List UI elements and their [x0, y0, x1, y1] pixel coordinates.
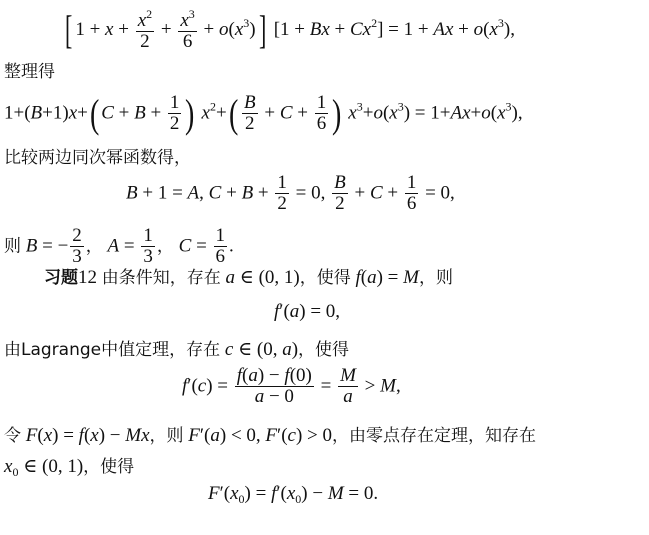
exercise-label: 习题	[44, 268, 78, 288]
x0-line: x0 ∈ (0, 1)，使得	[4, 457, 134, 478]
text-compare: 比较两边同次幂函数得，	[4, 150, 191, 167]
lagrange-line: 由Lagrange中值定理，存在 c ∈ (0, a)，使得	[4, 340, 349, 359]
exercise-12-line: 习题12 由条件知，存在 a ∈ (0, 1)，使得 f(a) = M，则	[44, 268, 453, 287]
equation-4: f′(a) = 0,	[274, 302, 340, 321]
text-rearrange: 整理得	[4, 64, 55, 81]
result-line: 则 B = −23， A = 13， C = 16.	[4, 226, 234, 268]
equation-3: B + 1 = A, C + B + 12 = 0, B2 + C + 16 =…	[126, 173, 455, 215]
equation-1: [1 + x + x22 + x36 + o(x3)] [1 + Bx + Cx…	[62, 8, 515, 53]
equation-6: F′(x0) = f′(x0) − M = 0.	[208, 484, 378, 505]
define-F-line: 令 F(x) = f(x) − Mx，则 F′(a) < 0, F′(c) > …	[4, 426, 536, 445]
equation-5: f′(c) = f(a) − f(0)a − 0 = Ma > M,	[182, 366, 401, 408]
equation-2: 1+(B+1)x+(C + B + 12) x2+(B2 + C + 16) x…	[4, 93, 523, 135]
